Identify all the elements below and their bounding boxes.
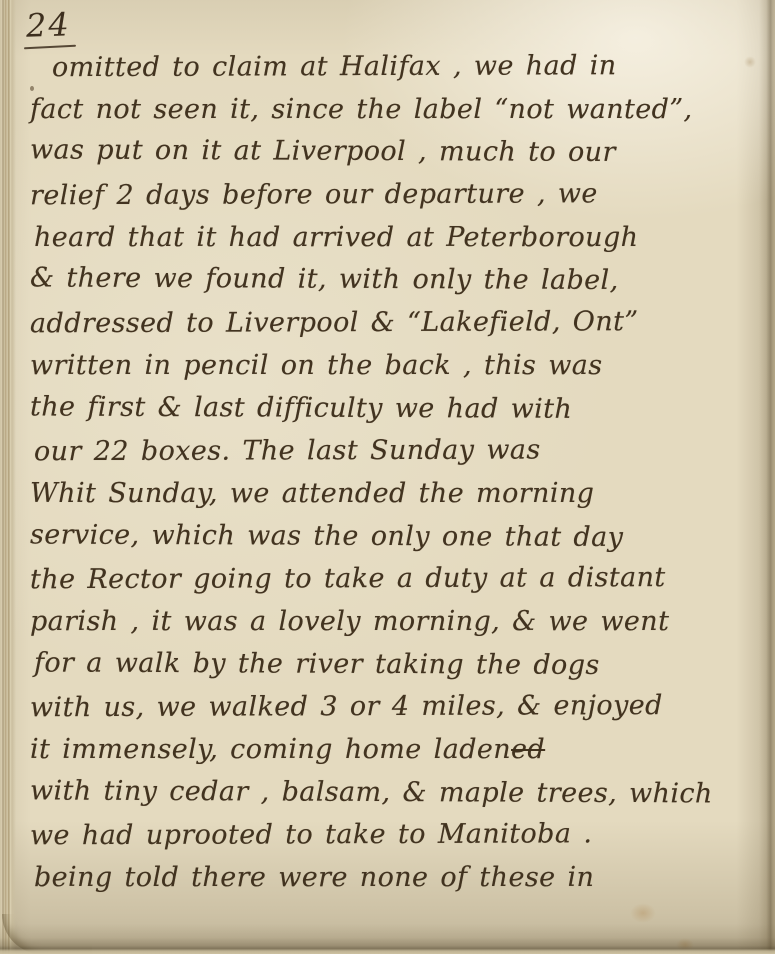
manuscript-line-text: relief 2 days before our departure , we [30,178,598,211]
paper-stain [630,903,656,923]
manuscript-line: Whit Sunday, we attended the morning [30,473,749,516]
manuscript-line: with us, we walked 3 or 4 miles, & enjoy… [30,685,749,730]
manuscript-line: fact not seen it, since the label “not w… [30,89,749,132]
manuscript-line: omitted to claim at Halifax , we had in [30,45,749,90]
manuscript-line: parish , it was a lovely morning, & we w… [30,601,749,644]
manuscript-line: heard that it had arrived at Peterboroug… [30,217,749,260]
manuscript-page: 24 omitted to claim at Halifax , we had … [0,0,775,954]
book-binding-edge [0,0,16,954]
manuscript-line-text: with us, we walked 3 or 4 miles, & enjoy… [30,690,663,723]
manuscript-line-text: addressed to Liverpool & “Lakefield, Ont… [30,306,639,339]
struck-out-text: ed [511,734,545,765]
manuscript-line-text: service, which was the only one that day [30,519,623,553]
manuscript-line: the first & last difficulty we had with [30,386,749,432]
manuscript-line: the Rector going to take a duty at a dis… [30,557,749,602]
manuscript-line-text: Whit Sunday, we attended the morning [30,478,594,509]
manuscript-line-text: we had uprooted to take to Manitoba . [30,819,592,852]
page-number: 24 [25,5,71,45]
page-edge-bottom [0,924,775,954]
manuscript-line-text: was put on it at Liverpool , much to our [30,135,616,169]
manuscript-line-text: the Rector going to take a duty at a dis… [30,562,666,595]
manuscript-line: addressed to Liverpool & “Lakefield, Ont… [30,301,749,346]
manuscript-line-text: parish , it was a lovely morning, & we w… [30,606,669,637]
manuscript-line: for a walk by the river taking the dogs [30,642,749,688]
manuscript-line-text: with tiny cedar , balsam, & maple trees,… [30,775,713,809]
manuscript-line: with tiny cedar , balsam, & maple trees,… [30,770,749,816]
manuscript-line-text: the first & last difficulty we had with [30,391,572,424]
manuscript-line: & there we found it, with only the label… [30,258,749,304]
manuscript-line: service, which was the only one that day [30,514,749,560]
manuscript-line: our 22 boxes. The last Sunday was [30,429,749,474]
manuscript-line-text: heard that it had arrived at Peterboroug… [34,222,638,253]
manuscript-line: we had uprooted to take to Manitoba . [30,813,749,858]
manuscript-line: it immensely, coming home ladened [30,729,749,772]
manuscript-line-text: fact not seen it, since the label “not w… [30,94,693,125]
manuscript-line-text: our 22 boxes. The last Sunday was [34,435,541,468]
manuscript-line: relief 2 days before our departure , we [30,173,749,218]
ink-dot [30,86,34,91]
manuscript-line: being told there were none of these in [30,857,749,900]
manuscript-line-text: being told there were none of these in [34,862,594,893]
manuscript-text: omitted to claim at Halifax , we had inf… [30,46,749,900]
manuscript-line-text: for a walk by the river taking the dogs [34,647,600,680]
manuscript-line-text: & there we found it, with only the label… [30,263,619,297]
page-edge-right [759,0,775,954]
manuscript-line-text: omitted to claim at Halifax , we had in [52,50,617,83]
manuscript-line: was put on it at Liverpool , much to our [30,130,749,176]
manuscript-line-text: written in pencil on the back , this was [30,350,603,381]
manuscript-line-text: it immensely, coming home laden [30,734,511,765]
manuscript-line: written in pencil on the back , this was [30,345,749,388]
